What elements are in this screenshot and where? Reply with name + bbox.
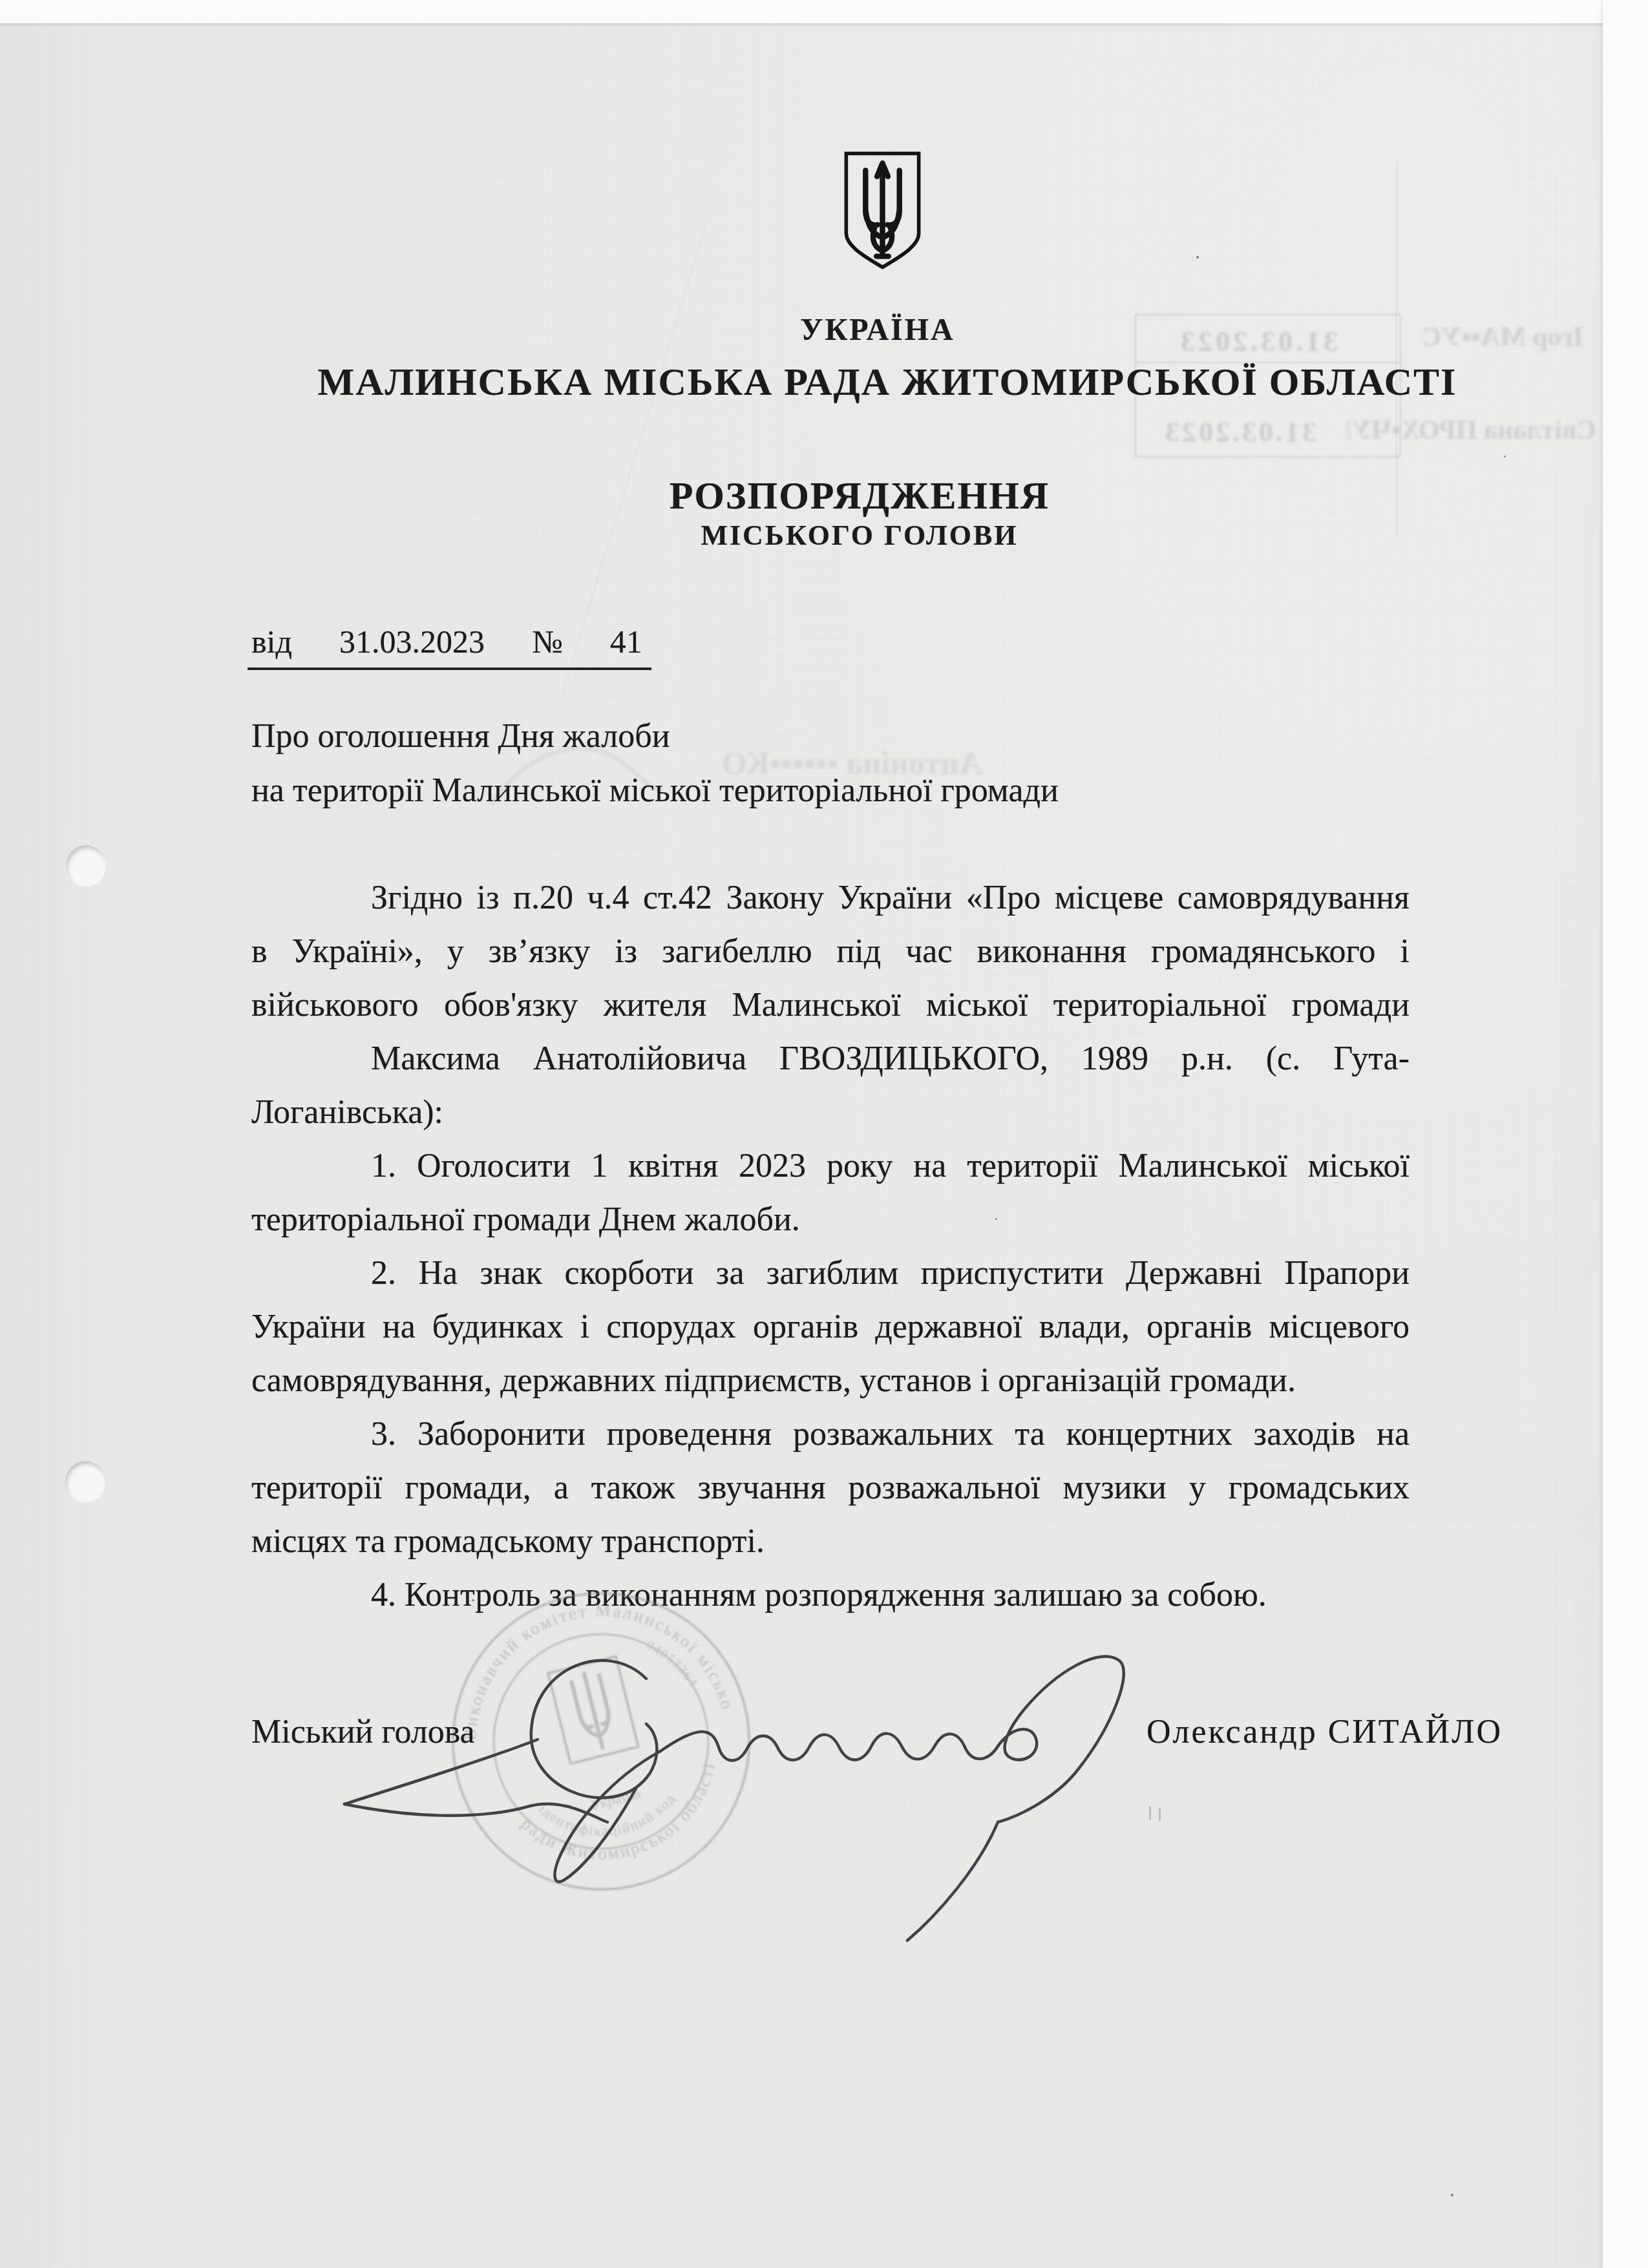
body-line: Згідно із п.20 ч.4 ст.42 Закону України … bbox=[251, 871, 1410, 925]
punch-hole-top bbox=[66, 845, 106, 887]
body-line: 3. Заборонити проведення розважальних та… bbox=[251, 1407, 1410, 1461]
body-line: територіальної громади Днем жалоби. bbox=[251, 1193, 1410, 1246]
document-type-title: РОЗПОРЯДЖЕННЯ bbox=[670, 474, 1050, 518]
country-title: УКРАЇНА bbox=[800, 312, 955, 348]
signature-ink bbox=[246, 1628, 1215, 1990]
authority-title: МАЛИНСЬКА МІСЬКА РАДА ЖИТОМИРСЬКОЇ ОБЛАС… bbox=[318, 360, 1457, 404]
body-line: місцях та громадському транспорті. bbox=[251, 1515, 1410, 1568]
scan-speck bbox=[1196, 256, 1199, 258]
body-line: 4. Контроль за виконанням розпорядження … bbox=[251, 1568, 1410, 1622]
subject-line-1: Про оголошення Дня жалоби bbox=[251, 709, 1059, 764]
subject-line-2: на території Малинської міської територі… bbox=[251, 764, 1059, 818]
scanned-document-page: 31.03.2023 31.03.2023 Ігор МА▪▪УС Світла… bbox=[0, 0, 1648, 2268]
body-line: 1. Оголосити 1 квітня 2023 року на терит… bbox=[251, 1139, 1410, 1193]
signer-name-label: Олександр СИТАЙЛО bbox=[1146, 1713, 1503, 1751]
body-line: території громади, а також звучання розв… bbox=[251, 1461, 1410, 1515]
document-subtype-title: МІСЬКОГО ГОЛОВИ bbox=[701, 519, 1018, 552]
bleedthrough-name-row2: Світлана ПРОХ▪ЧУК bbox=[1347, 415, 1596, 446]
body-line: Максима Анатолійовича ГВОЗДИЦЬКОГО, 1989… bbox=[251, 1032, 1410, 1086]
body-line: 2. На знак скорботи за загиблим приспуст… bbox=[251, 1246, 1410, 1300]
body-line: Логанівська): bbox=[251, 1086, 1410, 1139]
subject-block: Про оголошення Дня жалоби на території М… bbox=[251, 709, 1059, 818]
ukraine-trident-icon bbox=[840, 147, 925, 273]
body-line: України на будинках і спорудах органів д… bbox=[251, 1300, 1410, 1354]
scan-edge-top bbox=[0, 0, 1648, 23]
order-body-text: Згідно із п.20 ч.4 ст.42 Закону України … bbox=[251, 871, 1410, 1622]
scan-speck bbox=[1504, 456, 1506, 457]
bleedthrough-date-row1: 31.03.2023 bbox=[1152, 325, 1338, 358]
date-number-line: від 31.03.2023 № 41 bbox=[248, 622, 651, 670]
body-line: в Україні», у зв’язку із загибеллю під ч… bbox=[251, 925, 1410, 978]
signer-position-label: Міський голова bbox=[251, 1713, 475, 1751]
bleedthrough-date-row2: 31.03.2023 bbox=[1155, 415, 1316, 448]
punch-hole-bottom bbox=[65, 1461, 105, 1502]
body-line: самоврядування, державних підприємств, у… bbox=[251, 1354, 1410, 1407]
scan-speck bbox=[1451, 2194, 1453, 2196]
bleedthrough-name-row1: Ігор МА▪▪УС bbox=[1389, 322, 1583, 353]
scan-edge-right bbox=[1603, 0, 1648, 2268]
body-line: військового обов'язку жителя Малинської … bbox=[251, 978, 1410, 1032]
